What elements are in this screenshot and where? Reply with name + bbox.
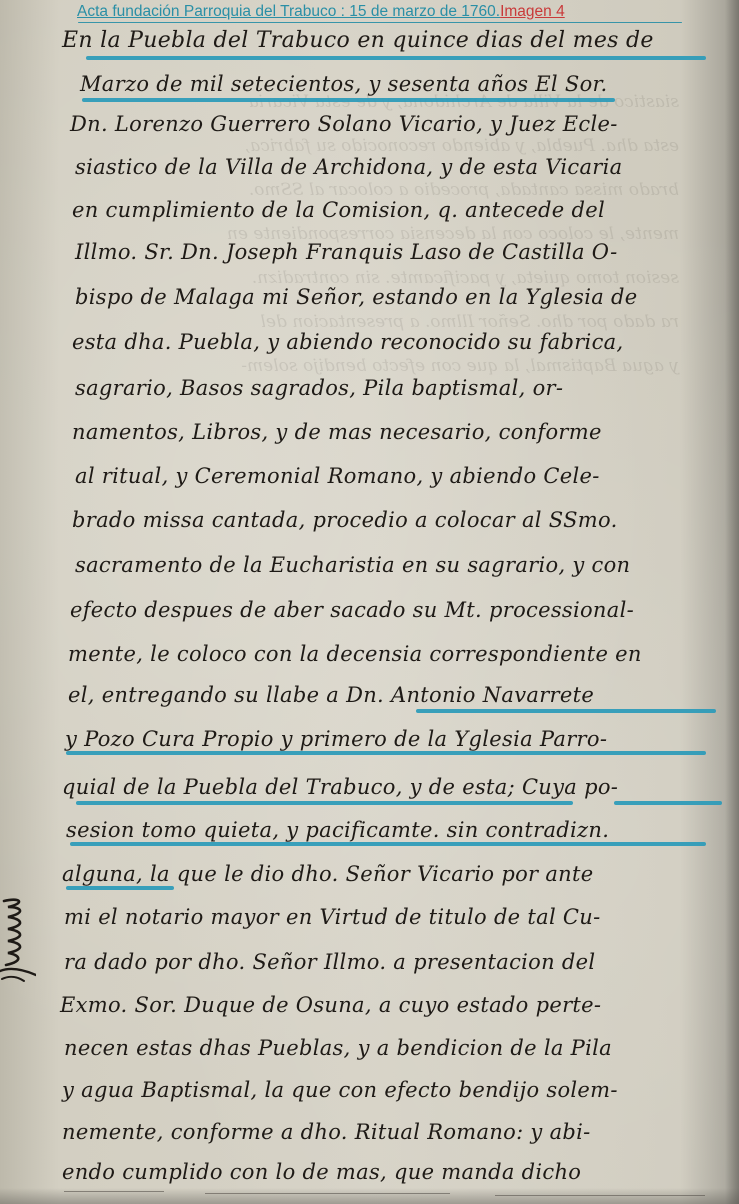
manuscript-line: endo cumplido con lo de mas, que manda d…: [62, 1160, 581, 1184]
highlight-underline: [82, 98, 615, 102]
highlight-underline: [66, 751, 706, 755]
manuscript-line: namentos, Libros, y de mas necesario, co…: [72, 420, 602, 444]
manuscript-line: En la Puebla del Trabuco en quince dias …: [62, 28, 654, 53]
manuscript-line: Illmo. Sr. Dn. Joseph Franquis Laso de C…: [75, 240, 617, 264]
manuscript-line: Exmo. Sor. Duque de Osuna, a cuyo estado…: [60, 993, 601, 1017]
manuscript-line: alguna, la que le dio dho. Señor Vicario…: [62, 862, 593, 886]
manuscript-line: mi el notario mayor en Virtud de titulo …: [64, 905, 601, 929]
manuscript-line: efecto despues de aber sacado su Mt. pro…: [70, 598, 634, 622]
manuscript-line: brado missa cantada, procedio a colocar …: [72, 508, 618, 532]
manuscript-line: Marzo de mil setecientos, y sesenta años…: [80, 72, 608, 96]
manuscript-line: esta dha. Puebla, y abiendo reconocido s…: [72, 330, 623, 354]
margin-flourish-icon: [0, 895, 36, 987]
document-page: siastico de la Villa de Archidona, y de …: [0, 0, 739, 1204]
highlight-underline: [70, 842, 706, 846]
manuscript-line: y Pozo Cura Propio y primero de la Ygles…: [65, 727, 607, 751]
highlight-underline: [66, 886, 174, 890]
document-title-link[interactable]: Acta fundación Parroquia del Trabuco : 1…: [77, 3, 500, 20]
manuscript-line: sagrario, Basos sagrados, Pila baptismal…: [75, 376, 563, 400]
manuscript-line: al ritual, y Ceremonial Romano, y abiend…: [75, 464, 600, 488]
document-header: Acta fundación Parroquia del Trabuco : 1…: [77, 2, 565, 22]
highlight-underline: [614, 801, 722, 805]
manuscript-line: en cumplimiento de la Comision, q. antec…: [72, 198, 605, 222]
manuscript-line: y agua Baptismal, la que con efecto bend…: [62, 1078, 618, 1102]
manuscript-line: ra dado por dho. Señor Illmo. a presenta…: [64, 950, 595, 974]
manuscript-line: el, entregando su llabe a Dn. Antonio Na…: [68, 683, 594, 707]
image-number-link[interactable]: Imagen 4: [500, 3, 565, 20]
manuscript-line: bispo de Malaga mi Señor, estando en la …: [75, 285, 638, 309]
highlight-underline: [86, 56, 706, 60]
manuscript-line: quial de la Puebla del Trabuco, y de est…: [62, 775, 618, 799]
highlight-underline: [76, 801, 573, 805]
manuscript-line: nemente, conforme a dho. Ritual Romano: …: [62, 1120, 591, 1144]
page-edge-shadow: [725, 0, 739, 1204]
header-underline: [78, 22, 682, 23]
manuscript-line: necen estas dhas Pueblas, y a bendicion …: [64, 1036, 612, 1060]
manuscript-line: mente, le coloco con la decensia corresp…: [68, 642, 642, 666]
page-edge-shadow: [0, 1188, 739, 1204]
manuscript-line: siastico de la Villa de Archidona, y de …: [75, 155, 622, 179]
manuscript-line: Dn. Lorenzo Guerrero Solano Vicario, y J…: [70, 112, 618, 136]
manuscript-line: sesion tomo quieta, y pacificamte. sin c…: [66, 818, 609, 842]
highlight-underline: [416, 709, 716, 713]
manuscript-line: sacramento de la Eucharistia en su sagra…: [75, 553, 630, 577]
